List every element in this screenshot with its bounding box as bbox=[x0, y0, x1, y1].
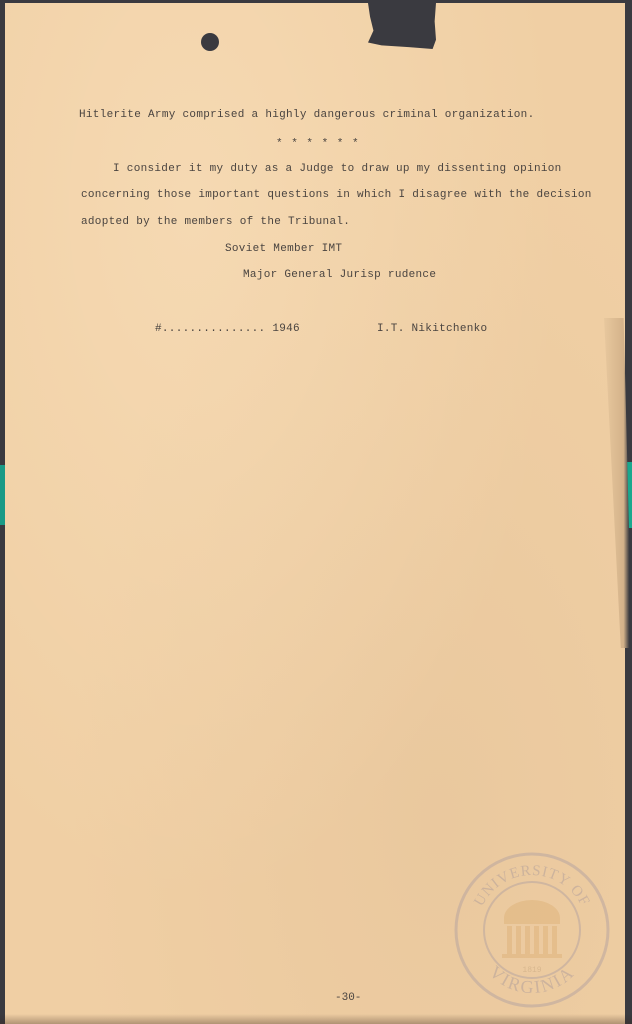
text-line: concerning those important questions in … bbox=[81, 189, 592, 201]
university-seal-icon: UNIVERSITY OF VIRGINIA 1819 bbox=[452, 850, 612, 1010]
separator-stars: * * * * * * bbox=[276, 138, 360, 150]
page-number: -30- bbox=[335, 992, 361, 1004]
torn-corner bbox=[368, 3, 436, 49]
date-line: #............... 1946 bbox=[155, 323, 300, 335]
punch-hole bbox=[201, 33, 219, 51]
svg-text:1819: 1819 bbox=[522, 966, 541, 975]
text-line: adopted by the members of the Tribunal. bbox=[81, 216, 350, 228]
signature: I.T. Nikitchenko bbox=[377, 323, 487, 335]
text-line: Hitlerite Army comprised a highly danger… bbox=[79, 109, 534, 121]
scan-shadow bbox=[0, 1014, 632, 1024]
text-line: I consider it my duty as a Judge to draw… bbox=[113, 163, 562, 175]
signatory-title: Soviet Member IMT bbox=[225, 243, 342, 255]
signatory-rank: Major General Jurisp rudence bbox=[243, 269, 436, 281]
